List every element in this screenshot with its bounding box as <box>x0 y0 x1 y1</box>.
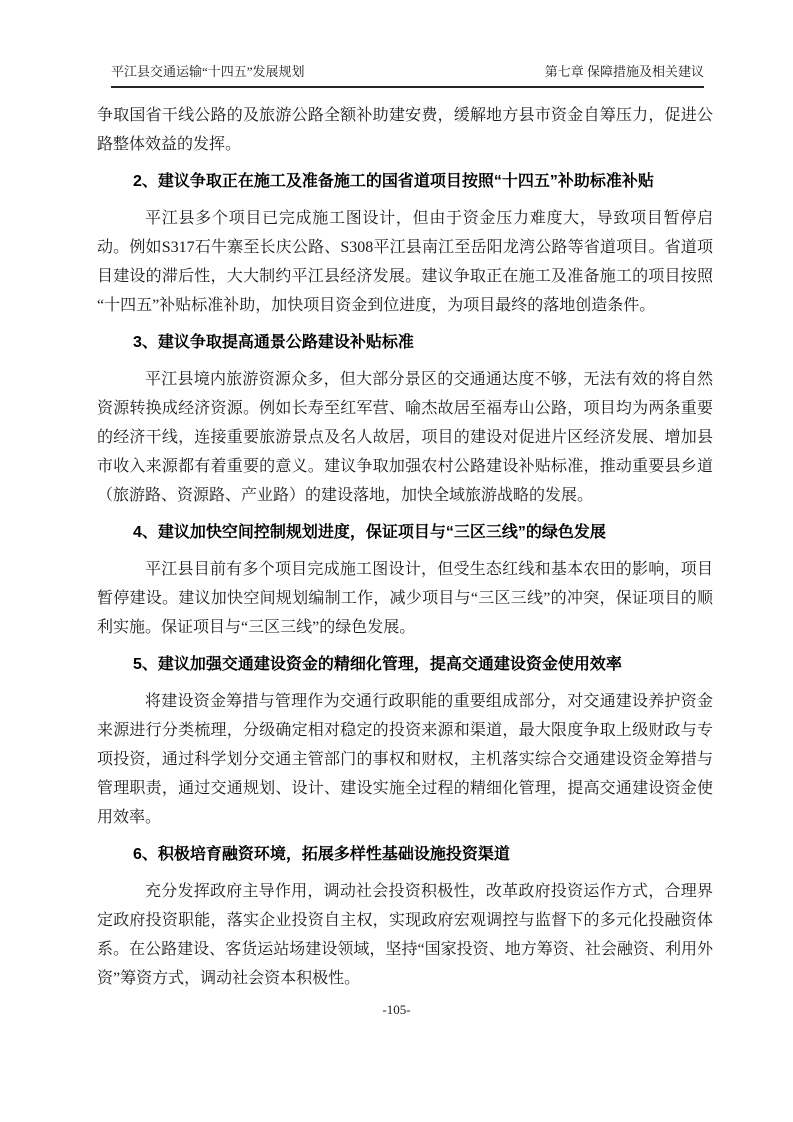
header-chapter-title: 第七章 保障措施及相关建议 <box>545 64 704 79</box>
page-number: -105- <box>382 1002 410 1017</box>
document-body: 争取国省干线公路的及旅游公路全额补助建安费，缓解地方县市资金自筹压力，促进公路整… <box>97 101 713 993</box>
body-paragraph: 平江县目前有多个项目完成施工图设计，但受生态红线和基本农田的影响，项目暂停建设。… <box>97 555 713 642</box>
body-paragraph: 平江县境内旅游资源众多，但大部分景区的交通通达度不够，无法有效的将自然资源转换成… <box>97 365 713 510</box>
section-heading: 3、建议争取提高通景公路建设补贴标准 <box>97 328 713 357</box>
header-document-title: 平江县交通运输“十四五”发展规划 <box>111 64 305 79</box>
section-heading: 2、建议争取正在施工及准备施工的国省道项目按照“十四五”补助标准补贴 <box>97 167 713 196</box>
section-heading: 6、积极培育融资环境，拓展多样性基础设施投资渠道 <box>97 840 713 869</box>
body-paragraph: 充分发挥政府主导作用，调动社会投资积极性，改革政府投资运作方式，合理界定政府投资… <box>97 877 713 993</box>
page-footer: -105- <box>0 1001 793 1019</box>
section-heading: 4、建议加快空间控制规划进度，保证项目与“三区三线”的绿色发展 <box>97 518 713 547</box>
body-paragraph: 将建设资金筹措与管理作为交通行政职能的重要组成部分，对交通建设养护资金来源进行分… <box>97 687 713 832</box>
page-header: 平江县交通运输“十四五”发展规划 第七章 保障措施及相关建议 <box>111 64 704 88</box>
section-heading: 5、建议加强交通建设资金的精细化管理，提高交通建设资金使用效率 <box>97 650 713 679</box>
body-paragraph: 平江县多个项目已完成施工图设计，但由于资金压力难度大，导致项目暂停启动。例如S3… <box>97 204 713 320</box>
body-paragraph: 争取国省干线公路的及旅游公路全额补助建安费，缓解地方县市资金自筹压力，促进公路整… <box>97 101 713 159</box>
document-page: 平江县交通运输“十四五”发展规划 第七章 保障措施及相关建议 争取国省干线公路的… <box>0 0 793 1122</box>
